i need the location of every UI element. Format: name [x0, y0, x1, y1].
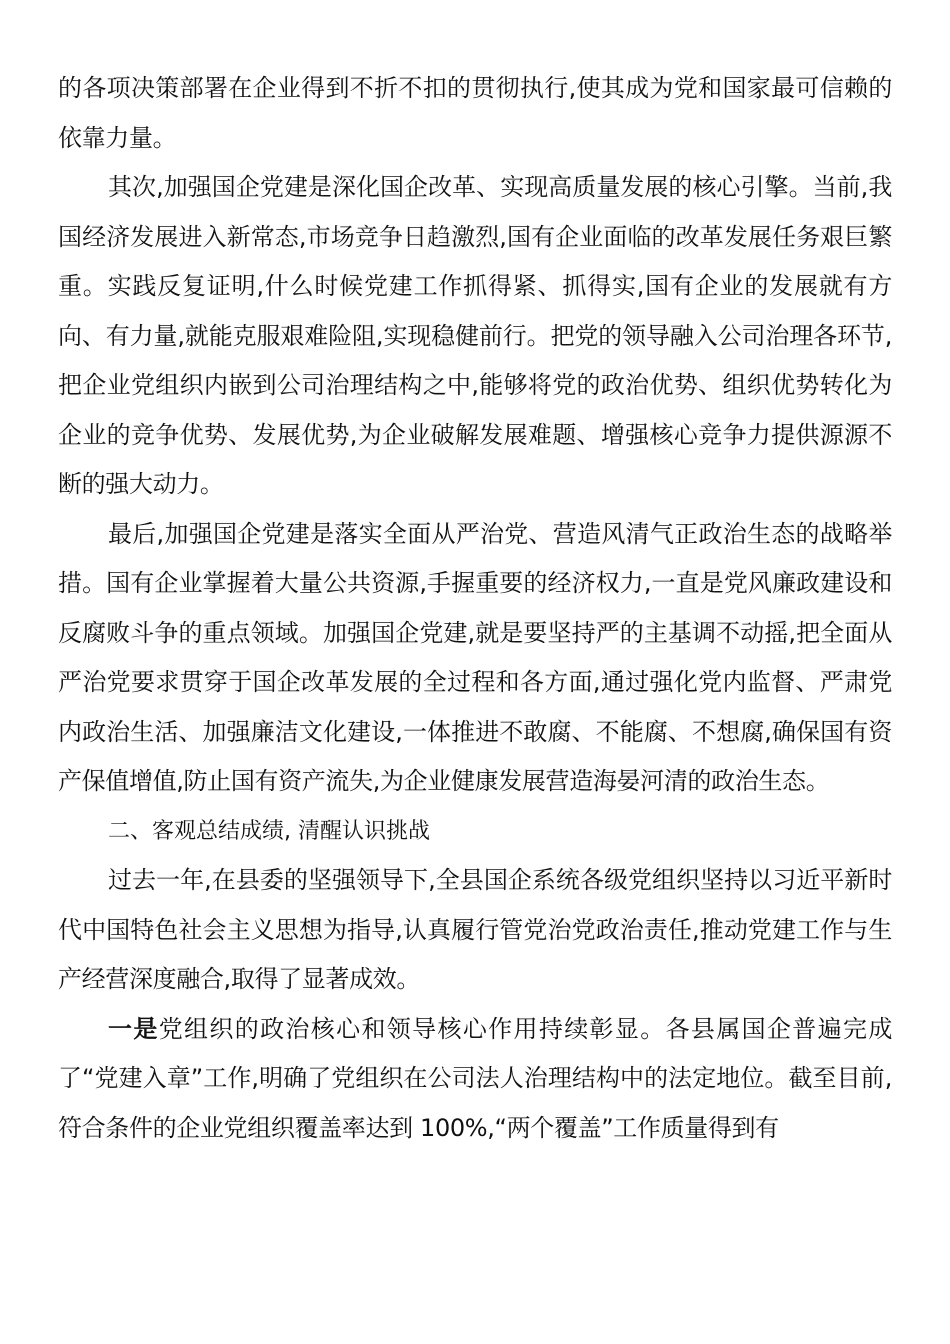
paragraph-first-point: 一是党组织的政治核心和领导核心作用持续彰显。各县属国企普遍完成了“党建入章”工作… [58, 1005, 892, 1154]
paragraph-first-point-body: 党组织的政治核心和领导核心作用持续彰显。各县属国企普遍完成了“党建入章”工作,明… [58, 1015, 892, 1142]
paragraph-continued: 的各项决策部署在企业得到不折不扣的贯彻执行,使其成为党和国家最可信赖的依靠力量。 [58, 64, 892, 163]
paragraph-final-reason: 最后,加强国企党建是落实全面从严治党、营造风清气正政治生态的战略举措。国有企业掌… [58, 510, 892, 807]
bold-lead-text: 一是 [108, 1015, 159, 1043]
paragraph-second-reason: 其次,加强国企党建是深化国企改革、实现高质量发展的核心引擎。当前,我国经济发展进… [58, 163, 892, 510]
section-heading: 二、客观总结成绩, 清醒认识挑战 [58, 807, 892, 857]
document-page: 的各项决策部署在企业得到不折不扣的贯彻执行,使其成为党和国家最可信赖的依靠力量。… [58, 64, 892, 1153]
paragraph-past-year: 过去一年,在县委的坚强领导下,全县国企系统各级党组织坚持以习近平新时代中国特色社… [58, 856, 892, 1005]
